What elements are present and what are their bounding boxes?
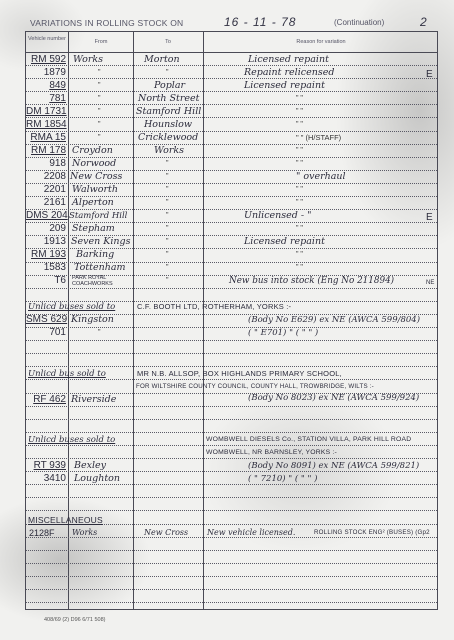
reason-cell: Licensed repaint <box>248 54 329 66</box>
vehicle-number: DM 1731 <box>26 106 66 118</box>
col-header-vehicle: Vehicle number <box>28 36 66 42</box>
vehicle-number: RM 178 <box>26 145 66 157</box>
vehicle-number: RF 462 <box>26 394 66 406</box>
reason-cell: (Body No 8091) ex NE (AWCA 599/821) <box>248 460 419 472</box>
form-date: 16 - 11 - 78 <box>224 15 296 29</box>
to-cell: " <box>166 171 169 183</box>
from-cell: Barking <box>76 249 114 261</box>
reason-cell: " overhaul <box>296 171 346 183</box>
reason-cell: " " <box>296 197 303 209</box>
status-mark: NE <box>426 277 434 289</box>
from-cell: " <box>98 106 101 118</box>
continuation-label: (Continuation) <box>334 18 384 27</box>
from-cell: PARK ROYAL COACHWORKS <box>72 276 122 288</box>
vehicle-number: 209 <box>26 223 66 235</box>
from-cell: Norwood <box>72 158 116 170</box>
from-cell: " <box>98 132 101 144</box>
row-line <box>26 602 437 603</box>
reason-cell: " " (H/STAFF) <box>296 132 341 144</box>
sale-heading-hand: Unlicd bus sold to <box>28 368 106 380</box>
vehicle-number: 781 <box>26 93 66 105</box>
status-mark: E <box>426 212 433 224</box>
reason-cell: " " <box>296 249 303 261</box>
to-cell: " <box>166 67 169 79</box>
from-cell: Loughton <box>74 473 120 485</box>
reason-cell: " " <box>296 262 303 274</box>
to-cell: Morton <box>144 54 180 66</box>
reason-cell: " " <box>296 106 303 118</box>
column-divider <box>203 32 204 609</box>
reason-cell: " " <box>296 93 303 105</box>
reason-cell: Licensed repaint <box>244 236 325 248</box>
vehicle-number: 701 <box>26 327 66 339</box>
vehicle-number: 2201 <box>26 184 66 196</box>
form-title: VARIATIONS IN ROLLING STOCK ON <box>30 18 183 28</box>
row-line <box>26 576 437 577</box>
from-cell: Kingston <box>71 314 114 326</box>
to-cell: Stamford Hill <box>136 106 201 118</box>
row-line <box>26 419 437 420</box>
row-line <box>26 497 437 498</box>
from-cell: " <box>98 80 101 92</box>
status-mark: E <box>426 69 433 81</box>
to-cell: " <box>166 275 169 287</box>
vehicle-number: RM 592 <box>26 54 66 66</box>
reason-cell-caps: ROLLING STOCK ENG² (BUSES) (Gp2 <box>314 527 430 539</box>
vehicle-number: RM 1854 <box>26 119 66 131</box>
from-cell: Walworth <box>72 184 118 196</box>
from-cell: Stamford Hill <box>69 210 127 222</box>
row-line <box>26 589 437 590</box>
row-line <box>26 563 437 564</box>
row-line <box>26 104 437 105</box>
sale-heading-buyer: C.F. BOOTH LTD, ROTHERHAM, YORKS :- <box>137 301 291 313</box>
row-line <box>26 353 437 354</box>
to-cell: Works <box>154 145 184 157</box>
sale-heading-buyer: MR N.B. ALLSOP, BOX HIGHLANDS PRIMARY SC… <box>137 368 342 380</box>
reason-cell: Unlicensed - " <box>244 210 311 222</box>
vehicle-number: 2208 <box>26 171 66 183</box>
to-cell: North Street <box>138 93 199 105</box>
to-cell: " <box>166 210 169 222</box>
from-cell: Tottenham <box>74 262 126 274</box>
col-header-from: From <box>70 39 132 45</box>
to-cell: Hounslow <box>144 119 192 131</box>
to-cell: Poplar <box>154 80 185 92</box>
from-cell: Riverside <box>71 394 116 406</box>
row-line <box>26 117 437 118</box>
row-line <box>26 131 437 132</box>
vehicle-number: RMA 15 <box>26 132 66 144</box>
vehicle-number: DMS 204 <box>26 210 66 222</box>
to-cell: " <box>166 236 169 248</box>
row-line <box>26 550 437 551</box>
reason-cell: " " <box>296 119 303 131</box>
vehicle-number: SMS 629 <box>26 314 66 326</box>
sale-heading-hand: Unlicd buses sold to <box>28 434 115 446</box>
from-cell: Bexley <box>74 460 106 472</box>
from-cell: Seven Kings <box>71 236 130 248</box>
from-cell: " <box>98 67 101 79</box>
to-cell: " <box>166 197 169 209</box>
from-cell: Works <box>72 527 97 539</box>
sale-heading-buyer: WOMBWELL DIESELS Co., STATION VILLA, PAR… <box>206 434 411 446</box>
rolling-stock-table: Vehicle number From To Reason for variat… <box>25 31 438 610</box>
vehicle-number: 2128F <box>29 527 55 539</box>
from-cell: " <box>98 119 101 131</box>
reason-cell: ( " 7210) " ( " " ) <box>248 473 317 485</box>
row-line <box>26 91 437 92</box>
row-line <box>26 432 437 433</box>
row-line <box>26 510 437 511</box>
reason-cell: Repaint relicensed <box>244 67 334 79</box>
reason-cell: " " <box>296 223 303 235</box>
row-line <box>26 78 437 79</box>
row-line <box>26 327 437 328</box>
sale-heading-line2: WOMBWELL, NR BARNSLEY, YORKS :- <box>206 447 337 459</box>
vehicle-number: RM 193 <box>26 249 66 261</box>
page-number: 2 <box>420 15 427 29</box>
from-cell: Alperton <box>72 197 114 209</box>
document-header: VARIATIONS IN ROLLING STOCK ON 16 - 11 -… <box>30 16 440 30</box>
from-cell: Stepham <box>72 223 115 235</box>
reason-cell: " " <box>296 184 303 196</box>
vehicle-number: RT 939 <box>26 460 66 472</box>
form-footer-code: 408/69 (2) D96 6/71 508) <box>44 617 105 623</box>
vehicle-number: 1879 <box>26 67 66 79</box>
to-cell: " <box>166 262 169 274</box>
vehicle-number: 3410 <box>26 473 66 485</box>
to-cell: " <box>166 158 169 170</box>
reason-cell: (Body No E629) ex NE (AWCA 599/804) <box>248 314 420 326</box>
to-cell: Cricklewood <box>138 132 198 144</box>
reason-cell: Licensed repaint <box>244 80 325 92</box>
from-cell: " <box>98 93 101 105</box>
to-cell: " <box>166 223 169 235</box>
to-cell: " <box>166 184 169 196</box>
reason-cell: New vehicle licensed. <box>207 527 295 539</box>
reason-cell: (Body No 8023) ex NE (AWCA 599/924) <box>248 392 419 404</box>
to-cell: New Cross <box>144 527 188 539</box>
column-divider <box>133 32 134 609</box>
vehicle-number: T6 <box>26 275 66 287</box>
vehicle-number: 918 <box>26 158 66 170</box>
document-page: VARIATIONS IN ROLLING STOCK ON 16 - 11 -… <box>0 0 454 640</box>
from-cell: Works <box>73 54 103 66</box>
row-line <box>26 340 437 341</box>
table-header: Vehicle number From To Reason for variat… <box>26 32 437 53</box>
vehicle-number: 2161 <box>26 197 66 209</box>
from-cell: New Cross <box>70 171 122 183</box>
reason-cell: ( " E701) " ( " " ) <box>248 327 318 339</box>
col-header-to: To <box>135 39 201 45</box>
from-cell: Croydon <box>72 145 113 157</box>
reason-cell: New bus into stock (Eng No 211894) <box>229 275 394 287</box>
vehicle-number: 1913 <box>26 236 66 248</box>
reason-cell: " " <box>296 158 303 170</box>
from-cell: " <box>98 327 101 339</box>
vehicle-number: 1583 <box>26 262 66 274</box>
col-header-reason: Reason for variation <box>205 39 437 45</box>
to-cell: " <box>166 249 169 261</box>
vehicle-number: 849 <box>26 80 66 92</box>
reason-cell: " " <box>296 145 303 157</box>
misc-heading: MISCELLANEOUS <box>28 514 103 526</box>
sale-heading-hand: Unlicd buses sold to <box>28 301 115 313</box>
